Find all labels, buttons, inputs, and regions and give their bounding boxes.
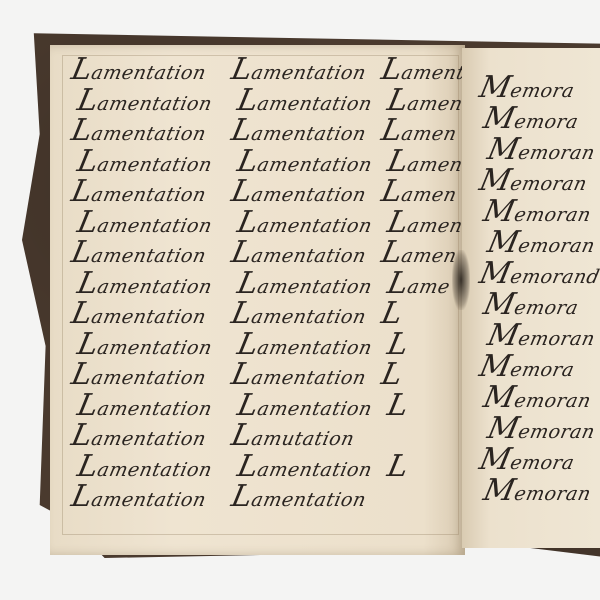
practice-word: Memoran [484,132,599,167]
right-page-writing: MemoraMemoraMemoranMemoranMemoranMemoran… [470,60,600,530]
practice-word: Memora [480,287,582,322]
practice-word: Memoran [484,411,599,446]
practice-word: Memora [476,70,578,105]
practice-word: Memorand [476,256,600,291]
practice-word: Memoran [480,194,595,229]
practice-word: Memoran [480,380,595,415]
practice-word: Memoran [476,163,591,198]
practice-word: Memoran [484,318,599,353]
practice-word: Memora [476,442,578,477]
practice-word: Lamentation [228,479,370,514]
practice-word: Lamentation [68,479,210,514]
practice-word: Memora [476,349,578,384]
practice-word: L [384,449,412,484]
practice-word: Memoran [480,473,595,508]
practice-word: Memora [480,101,582,136]
practice-word: Memoran [484,225,599,260]
